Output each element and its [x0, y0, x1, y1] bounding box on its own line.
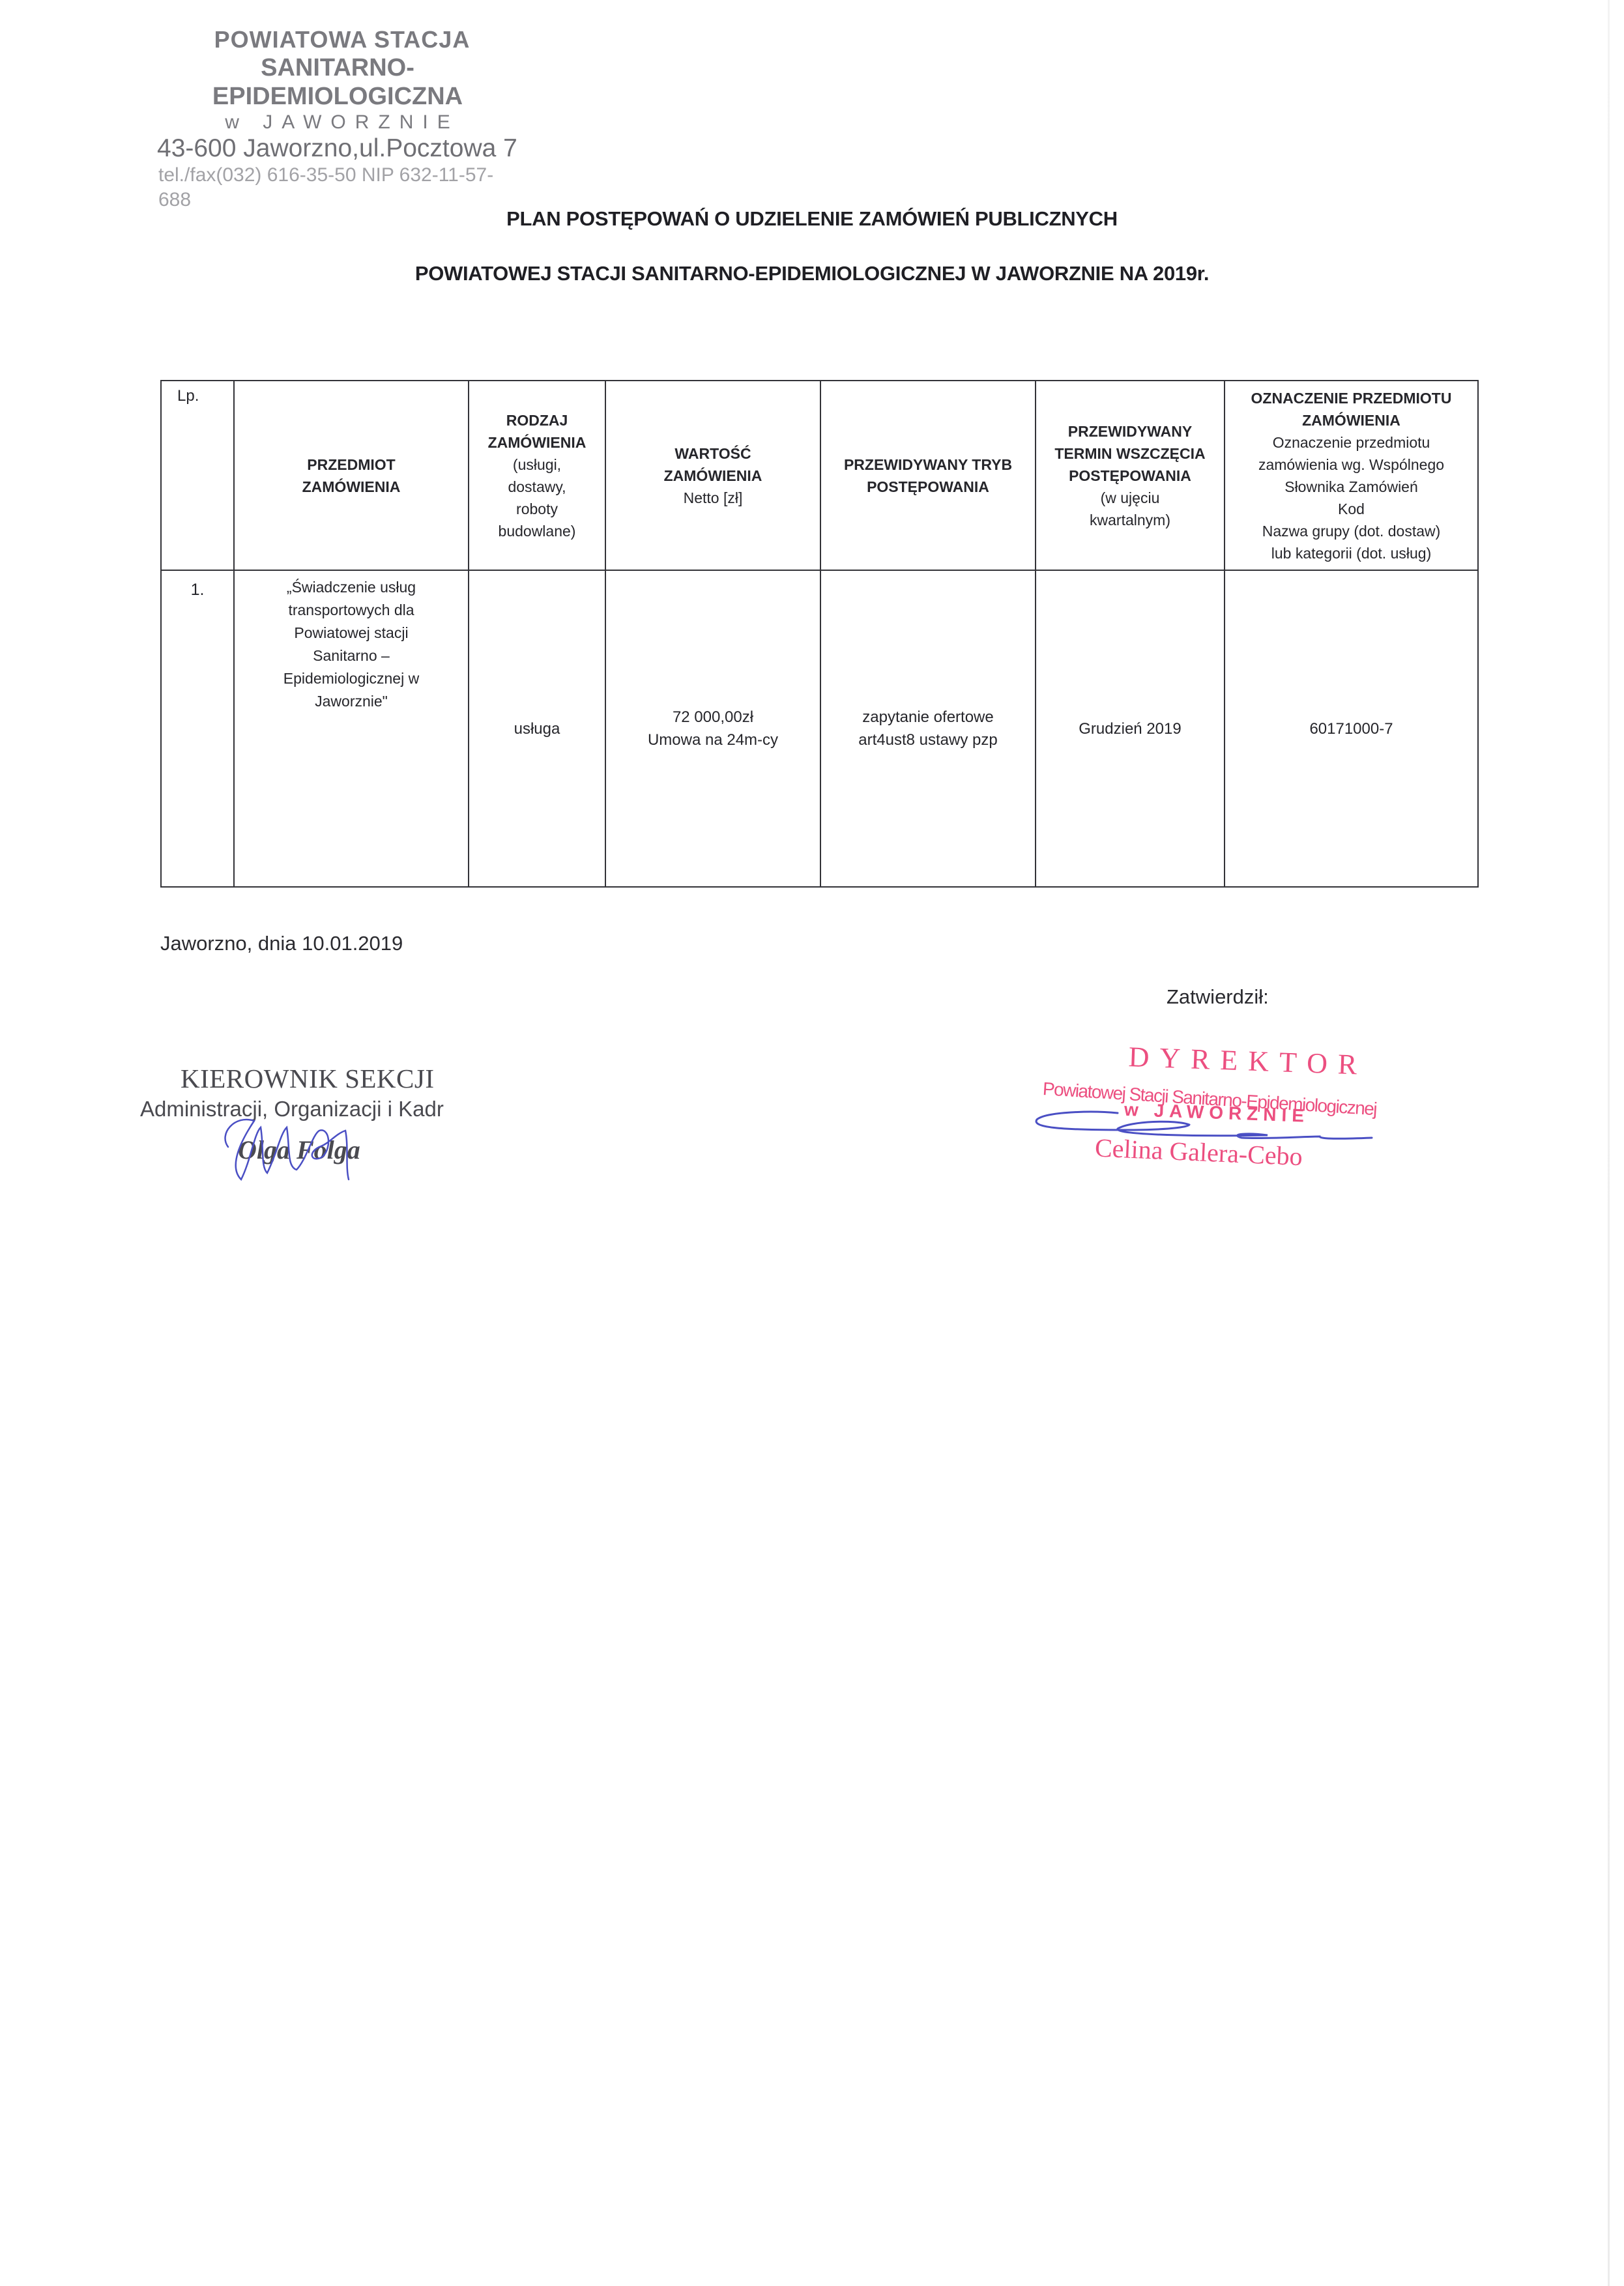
- place-and-date: Jaworzno, dnia 10.01.2019: [160, 932, 403, 955]
- director-signature-icon: [1033, 1108, 1398, 1153]
- cell-term: Grudzień 2019: [1036, 570, 1225, 887]
- header-subject: PRZEDMIOT ZAMÓWIENIA: [234, 381, 469, 570]
- handwritten-signature-icon: [215, 1108, 371, 1186]
- procurement-plan-table: Lp. PRZEDMIOT ZAMÓWIENIA RODZAJ ZAMÓWIEN…: [160, 380, 1479, 888]
- header-code: OZNACZENIE PRZEDMIOTU ZAMÓWIENIA Oznacze…: [1225, 381, 1478, 570]
- stamp-address: 43-600 Jaworzno,ul.Pocztowa 7: [157, 134, 525, 163]
- cell-value: 72 000,00zł Umowa na 24m-cy: [605, 570, 820, 887]
- cell-type: usługa: [469, 570, 605, 887]
- section-head-title: KIEROWNIK SEKCJI: [147, 1062, 499, 1095]
- table-row: 1. „Świadczenie usług transportowych dla…: [161, 570, 1478, 887]
- table-header-row: Lp. PRZEDMIOT ZAMÓWIENIA RODZAJ ZAMÓWIEN…: [161, 381, 1478, 570]
- director-title: DYREKTOR: [1036, 1039, 1440, 1083]
- institution-stamp: POWIATOWA STACJA SANITARNO-EPIDEMIOLOGIC…: [160, 26, 525, 212]
- stamp-line-3: w JAWORZNIE: [160, 111, 525, 134]
- cell-mode: zapytanie ofertowe art4ust8 ustawy pzp: [820, 570, 1036, 887]
- page-edge: [1608, 0, 1610, 2286]
- header-lp: Lp.: [161, 381, 234, 570]
- header-value: WARTOŚĆ ZAMÓWIENIA Netto [zł]: [605, 381, 820, 570]
- document-subtitle: POWIATOWEJ STACJI SANITARNO-EPIDEMIOLOGI…: [0, 262, 1624, 285]
- cell-subject: „Świadczenie usług transportowych dla Po…: [234, 570, 469, 887]
- header-mode: PRZEWIDYWANY TRYB POSTĘPOWANIA: [820, 381, 1036, 570]
- stamp-line-1: POWIATOWA STACJA: [160, 26, 525, 53]
- document-title: PLAN POSTĘPOWAŃ O UDZIELENIE ZAMÓWIEŃ PU…: [0, 207, 1624, 231]
- cell-lp: 1.: [161, 570, 234, 887]
- stamp-line-2: SANITARNO-EPIDEMIOLOGICZNA: [151, 53, 525, 111]
- approved-by-label: Zatwierdził:: [1167, 985, 1269, 1009]
- header-term: PRZEWIDYWANY TERMIN WSZCZĘCIA POSTĘPOWAN…: [1036, 381, 1225, 570]
- cell-code: 60171000-7: [1225, 570, 1478, 887]
- stamp-contact: tel./fax(032) 616-35-50 NIP 632-11-57-68…: [158, 163, 525, 212]
- header-type: RODZAJ ZAMÓWIENIA (usługi, dostawy, robo…: [469, 381, 605, 570]
